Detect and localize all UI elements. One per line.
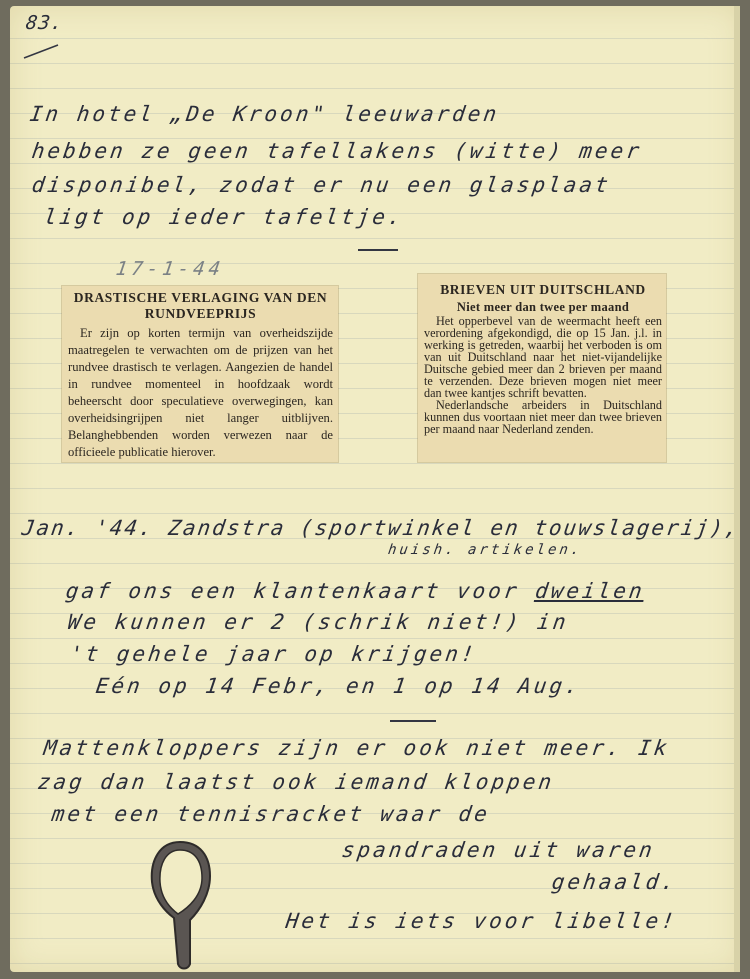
diary-page: 83. In hotel „De Kroon" leeuwarden hebbe… — [10, 6, 740, 972]
line-text: gaf ons een klantenkaart voor — [64, 579, 537, 603]
section-divider — [358, 249, 398, 251]
hotel-entry-line-4: ligt op ieder tafeltje. — [42, 205, 405, 229]
hotel-entry-line-1: In hotel „De Kroon" leeuwarden — [28, 102, 501, 126]
matten-closing-line: Het is iets voor libelle! — [284, 909, 678, 933]
zandstra-entry-subnote: huish. artikelen. — [387, 542, 584, 558]
clipping-headline: BRIEVEN UIT DUITSCHLAND — [424, 282, 662, 298]
zandstra-entry-line-1: Jan. '44. Zandstra (sportwinkel en touws… — [20, 516, 741, 540]
section-divider — [390, 720, 436, 722]
page-number: 83. — [24, 12, 64, 34]
hotel-entry-line-3: disponibel, zodat er nu een glasplaat — [30, 173, 612, 197]
zandstra-entry-line-5: Eén op 14 Febr, en 1 op 14 Aug. — [94, 674, 582, 698]
zandstra-entry-line-4: 't gehele jaar op krijgen! — [68, 642, 478, 666]
clipping-paragraph-1: Het opperbevel van de weermacht heeft ee… — [424, 315, 662, 399]
clipping-subheadline: Niet meer dan twee per maand — [424, 300, 662, 315]
zandstra-entry-line-3: We kunnen er 2 (schrik niet!) in — [66, 610, 570, 634]
clipping-headline: DRASTISCHE VERLAGING VAN DEN RUNDVEEPRIJ… — [68, 290, 333, 322]
clipping-body: Er zijn op korten termijn van overheidsz… — [68, 325, 333, 461]
matten-entry-line-4: spandraden uit waren — [340, 838, 656, 862]
matten-entry-line-2: zag dan laatst ook iemand kloppen — [36, 770, 556, 794]
tennis-racket-drawing-icon — [146, 838, 216, 972]
clipping-date: 17-1-44 — [114, 258, 225, 280]
matten-entry-line-1: Mattenkloppers zijn er ook niet meer. Ik — [42, 736, 671, 760]
zandstra-entry-line-2: gaf ons een klantenkaart voor dweilen — [64, 579, 646, 603]
newspaper-clipping-brieven: BRIEVEN UIT DUITSCHLAND Niet meer dan tw… — [418, 274, 666, 462]
matten-entry-line-3: met een tennisracket waar de — [50, 802, 491, 826]
newspaper-clipping-rundveeprijs: DRASTISCHE VERLAGING VAN DEN RUNDVEEPRIJ… — [62, 286, 338, 462]
hotel-entry-line-2: hebben ze geen tafellakens (witte) meer — [30, 139, 643, 163]
clipping-paragraph-2: Nederlandsche arbeiders in Duitschland k… — [424, 399, 662, 435]
matten-entry-line-5: gehaald. — [550, 870, 679, 894]
underlined-word: dweilen — [534, 579, 647, 603]
page-number-slash — [22, 42, 62, 62]
page-edge — [734, 6, 740, 972]
